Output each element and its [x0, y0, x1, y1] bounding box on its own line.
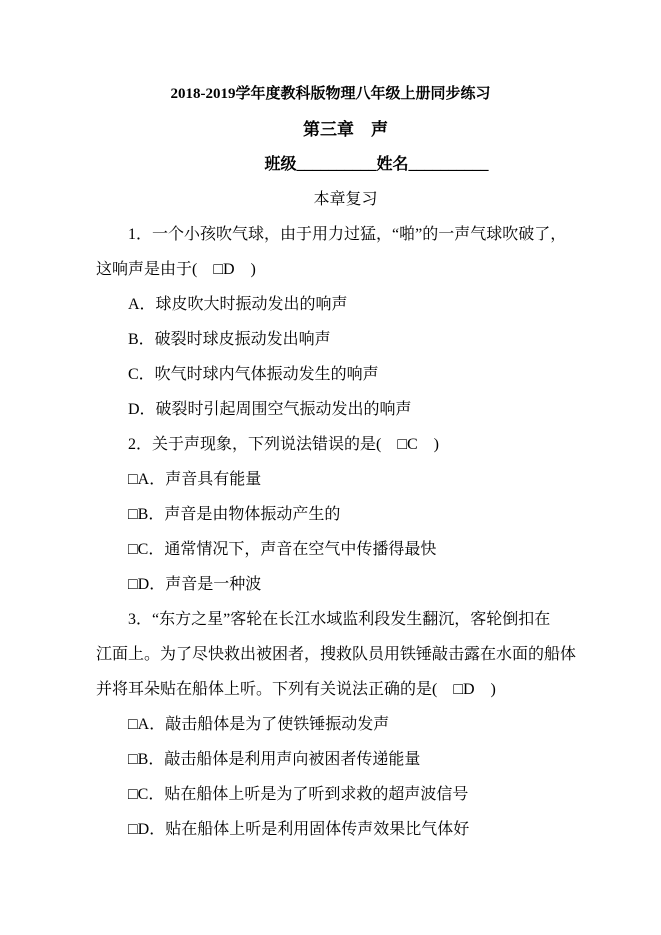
document-title: 2018-2019学年度教科版物理八年级上册同步练习: [0, 77, 661, 112]
question-1-text-line-1: 1．一个小孩吹气球，由于用力过猛，“啪”的一声气球吹破了，: [0, 217, 661, 252]
question-3-text-line-2: 江面上。为了尽快救出被困者，搜救队员用铁锤敲击露在水面的船体: [0, 637, 661, 672]
worksheet-document: 2018-2019学年度教科版物理八年级上册同步练习 第三章 声 班级_____…: [0, 0, 661, 935]
question-1-text-line-2: 这响声是由于( □D ): [0, 252, 661, 287]
question-2-option-c: □C．通常情况下，声音在空气中传播得最快: [0, 532, 661, 567]
question-1-option-b: B．破裂时球皮振动发出响声: [0, 322, 661, 357]
question-3-option-a: □A．敲击船体是为了使铁锤振动发声: [0, 707, 661, 742]
question-3-text-line-3: 并将耳朵贴在船体上听。下列有关说法正确的是( □D ): [0, 672, 661, 707]
question-3-option-c: □C．贴在船体上听是为了听到求救的超声波信号: [0, 777, 661, 812]
class-name-blanks-line: 班级__________姓名__________: [46, 147, 661, 182]
question-3-option-d: □D．贴在船体上听是利用固体传声效果比气体好: [0, 812, 661, 847]
question-3-text-line-1: 3．“东方之星”客轮在长江水域监利段发生翻沉，客轮倒扣在: [0, 602, 661, 637]
question-2-text-line-1: 2．关于声现象，下列说法错误的是( □C ): [0, 427, 661, 462]
question-2-option-b: □B．声音是由物体振动产生的: [0, 497, 661, 532]
question-1-option-a: A．球皮吹大时振动发出的响声: [0, 287, 661, 322]
question-2-option-a: □A．声音具有能量: [0, 462, 661, 497]
question-1-option-c: C．吹气时球内气体振动发生的响声: [0, 357, 661, 392]
question-2-option-d: □D．声音是一种波: [0, 567, 661, 602]
section-title: 本章复习: [15, 182, 661, 217]
chapter-title: 第三章 声: [15, 112, 661, 147]
question-3-option-b: □B．敲击船体是利用声向被困者传递能量: [0, 742, 661, 777]
question-1-option-d: D．破裂时引起周围空气振动发出的响声: [0, 392, 661, 427]
